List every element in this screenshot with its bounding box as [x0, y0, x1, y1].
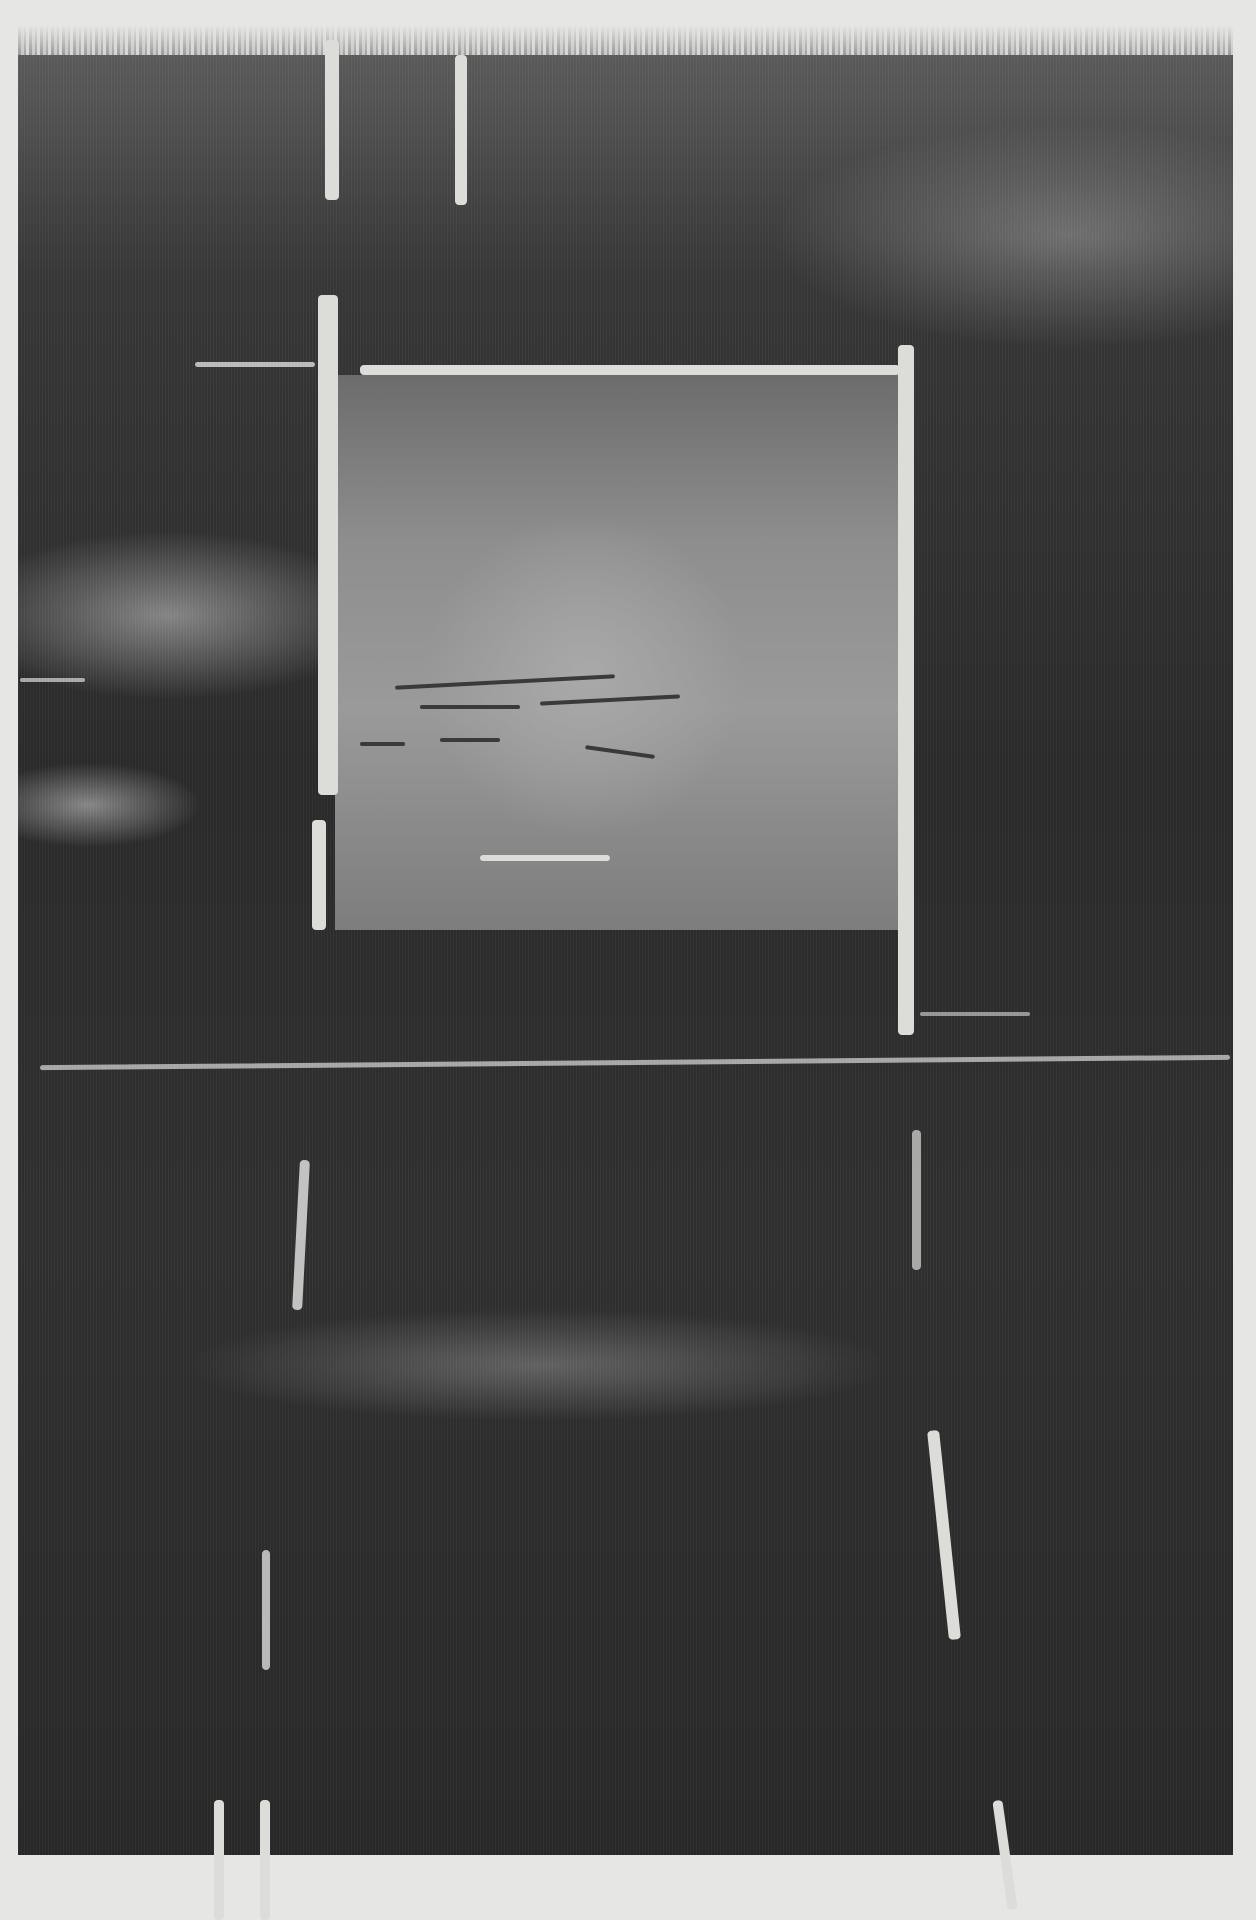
chalk-line-left-vertical: [318, 295, 338, 795]
dark-streak-2: [420, 705, 520, 709]
chalk-line-bottom-left-2: [260, 1800, 270, 1920]
chalk-line-left-lower: [312, 820, 326, 930]
chalk-line-top-fringe-gap-1: [325, 40, 339, 200]
chalk-line-top-horizontal: [360, 365, 900, 375]
texture-grain: [18, 55, 1233, 1855]
chalk-line-left-small-horizontal: [20, 678, 85, 682]
chalk-line-right-vertical: [898, 345, 914, 1035]
artwork: [0, 0, 1256, 1920]
chalk-line-bottom-left-1: [214, 1800, 224, 1920]
chalk-line-right-vertical-lower: [912, 1130, 921, 1270]
chalk-line-inner-bottom: [480, 855, 610, 861]
dark-print-field: [18, 55, 1233, 1855]
chalk-line-bottom-left-3: [262, 1550, 270, 1670]
chalk-line-top-left-horizontal: [195, 362, 315, 367]
dark-streak-6: [360, 742, 405, 746]
dark-streak-3: [440, 738, 500, 742]
chalk-line-top-fringe-gap-2: [455, 55, 467, 205]
chalk-line-right-horizontal: [920, 1012, 1030, 1016]
central-grey-square: [335, 375, 905, 930]
